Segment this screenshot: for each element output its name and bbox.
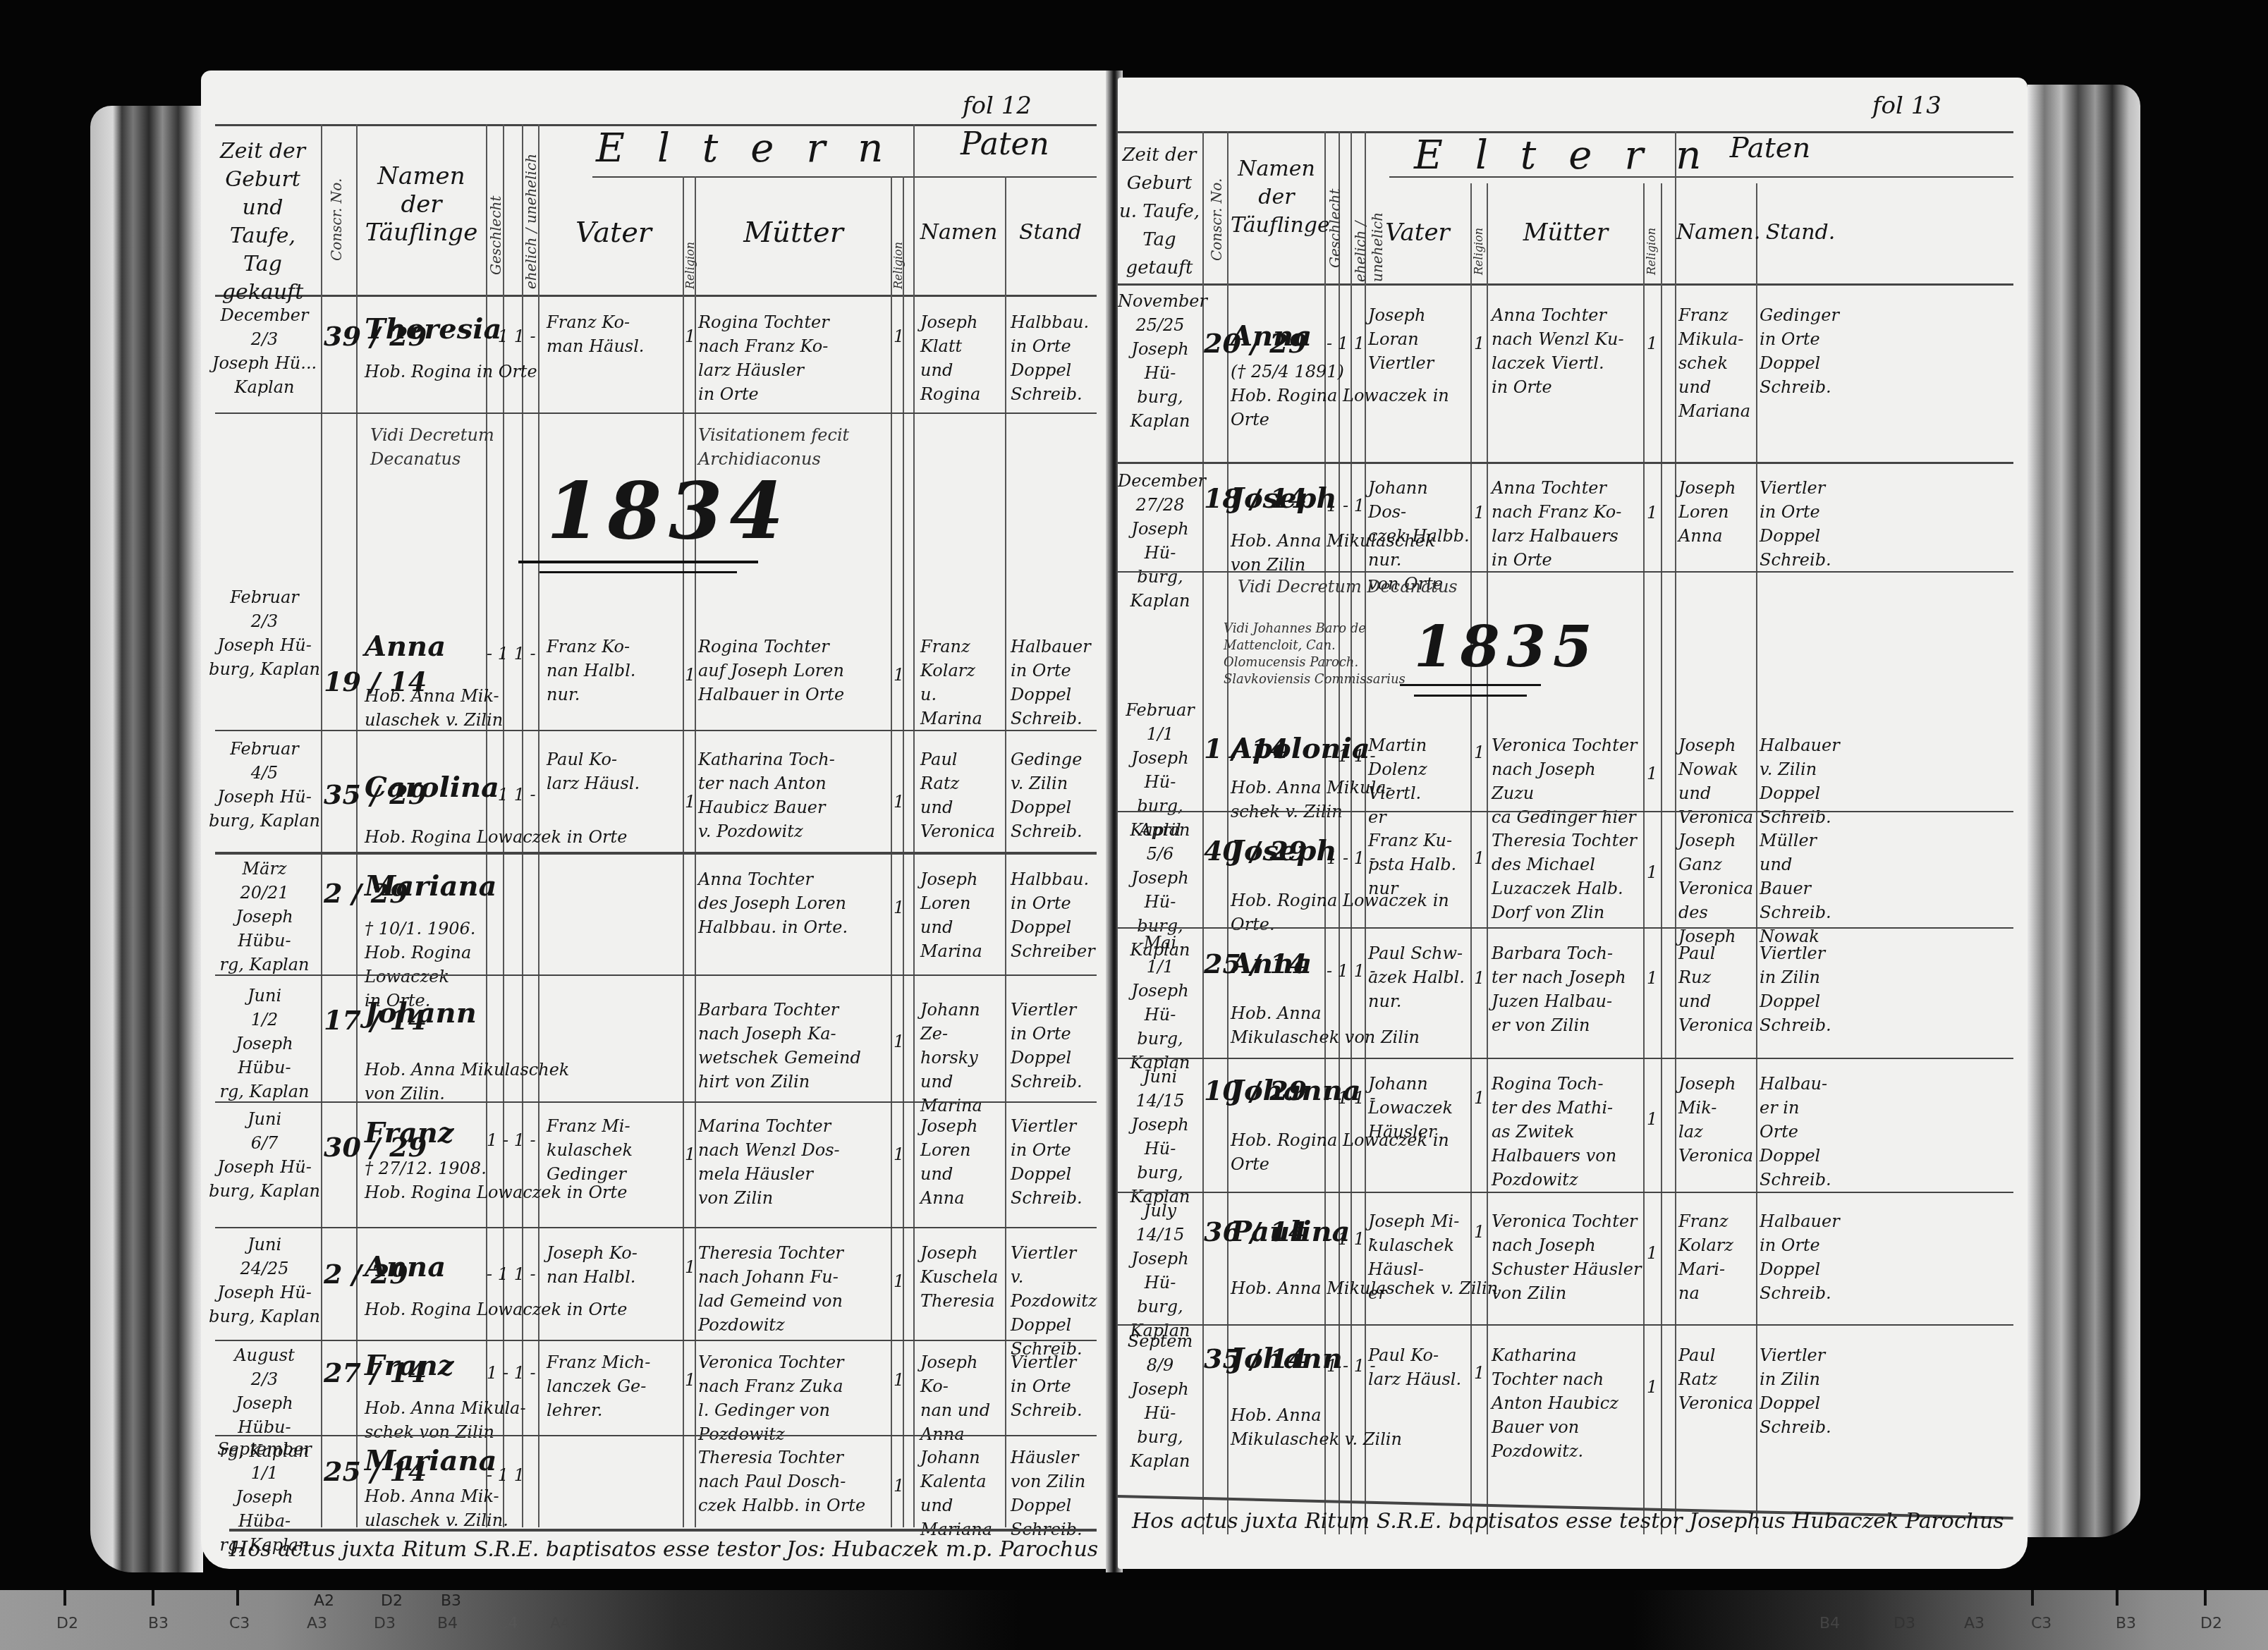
entry-godparent-stand: Gedinge v. Zilin Doppel Schreib.	[1011, 747, 1095, 843]
entry-date: Septem 8/9 Joseph Hü- burg, Kaplan	[1118, 1329, 1202, 1473]
entry-father-religion: 1	[685, 790, 695, 814]
entry-godparents: Joseph Ganz Veronica des Joseph	[1678, 829, 1756, 948]
eltern-subrule	[592, 176, 1097, 178]
header-father-religion: Religion	[683, 183, 697, 289]
col-line	[1661, 183, 1662, 1534]
entry-date: December 27/28 Joseph Hü- burg, Kaplan	[1118, 469, 1202, 613]
entry-godparent-stand: Viertler in Orte Doppel Schreib.	[1011, 998, 1095, 1094]
entry-midwife: Hob. Anna Mikulaschek v. Zilin	[1231, 1403, 1513, 1451]
entry-father: Franz Ko- man Häusl.	[547, 310, 681, 358]
entry-marks: - 1 1 -	[487, 1262, 536, 1286]
entry-date: Mai 1/1 Joseph Hü- burg, Kaplan	[1118, 931, 1202, 1075]
entry-mother: Theresia Tochter des Michael Luzaczek Ha…	[1492, 829, 1643, 924]
entry-child-name: Mariana	[365, 874, 496, 898]
scale-label: A2	[314, 1592, 334, 1610]
row-rule	[215, 1340, 1097, 1341]
entry-mother: Theresia Tochter nach Johann Fu- lad Gem…	[698, 1241, 892, 1337]
year-underline	[1400, 684, 1541, 686]
entry-child-name: Joseph	[1231, 839, 1337, 863]
row-rule	[1118, 811, 2013, 812]
entry-godparents: Johann Kalenta und Mariana	[920, 1446, 1005, 1541]
entry-date: July 14/15 Joseph Hü- burg, Kaplan	[1118, 1199, 1202, 1343]
scale-tick	[63, 1590, 66, 1606]
entry-child-name: Franz	[365, 1354, 453, 1378]
row-rule	[215, 1227, 1097, 1228]
closing-rule	[229, 1529, 1097, 1532]
entry-godparent-stand: Viertler in Orte Schreib.	[1011, 1350, 1095, 1422]
entry-mother-religion: 1	[1647, 1107, 1657, 1131]
entry-godparents: Joseph Loren Anna	[1678, 476, 1756, 548]
entry-mother: Veronica Tochter nach Joseph Schuster Hä…	[1492, 1209, 1643, 1305]
entry-father-religion: 1	[1474, 846, 1484, 870]
entry-date: Juni 24/25 Joseph Hü- burg, Kaplan	[208, 1233, 321, 1328]
visitation-note: Visitationem fecit Archidiaconus	[698, 423, 910, 471]
entry-father: Joseph Ko- nan Halbl.	[547, 1241, 681, 1289]
scale-label: B3	[148, 1615, 169, 1632]
entry-godparent-stand: Halbbau. in Orte Doppel Schreiber	[1011, 867, 1095, 963]
entry-mother-religion: 1	[1647, 1375, 1657, 1399]
entry-godparents: Johann Ze- horsky und Marina	[920, 998, 1005, 1118]
entry-father-religion: 1	[685, 1142, 695, 1166]
entry-father-religion: 1	[1474, 1086, 1484, 1110]
entry-mother: Barbara Toch- ter nach Joseph Juzen Halb…	[1492, 941, 1643, 1037]
entry-midwife: Hob. Rogina Lowaczek in Orte	[365, 825, 633, 849]
entry-godparents: Franz Kolarz u. Marina	[920, 635, 1005, 731]
entry-child-name: Anna	[1231, 324, 1312, 348]
scale-tick	[152, 1590, 154, 1606]
entry-mother: Anna Tochter nach Wenzl Ku- laczek Viert…	[1492, 303, 1643, 399]
entry-mother: Marina Tochter nach Wenzl Dos- mela Häus…	[698, 1114, 892, 1210]
row-rule	[215, 852, 1097, 855]
scale-label: B3	[2116, 1615, 2136, 1632]
entry-mother-religion: 1	[1647, 860, 1657, 884]
entry-midwife: Hob. Anna Mikulaschek von Zilin.	[365, 1058, 633, 1106]
entry-godparent-stand: Halbau- er in Orte Doppel Schreib.	[1760, 1072, 1844, 1192]
entry-father: Johann Lowaczek Häusler	[1368, 1072, 1470, 1144]
scale-label: A3	[1964, 1615, 1984, 1632]
calibration-strip	[0, 1590, 2268, 1650]
row-rule	[1118, 927, 2013, 929]
entry-father-religion: 1	[685, 324, 695, 348]
entry-child-name: Franz	[365, 1121, 453, 1145]
entry-godparent-stand: Halbauer v. Zilin Doppel Schreib.	[1760, 733, 1844, 829]
entry-date: November 25/25 Joseph Hü- burg, Kaplan	[1118, 289, 1202, 433]
entry-father: Franz Mi- kulaschek Gedinger	[547, 1114, 681, 1186]
header-mother-religion: Religion	[891, 183, 905, 289]
visitation-note: Vidi Decretum Decanatus	[1238, 575, 1463, 599]
header-paten: Paten	[917, 130, 1093, 159]
header-bottom-rule	[215, 295, 1097, 297]
header-name: Namen der Täuflinge	[360, 162, 483, 247]
header-mother-religion: Religion	[1645, 183, 1658, 275]
entry-mother: Anna Tochter des Joseph Loren Halbbau. i…	[698, 867, 892, 939]
entry-godparent-stand: Viertler in Orte Doppel Schreib.	[1760, 476, 1844, 572]
col-line	[1487, 183, 1488, 1534]
entry-mother-religion: 1	[894, 324, 904, 348]
entry-father-religion: 1	[685, 663, 695, 687]
entry-godparent-stand: Gedinger in Orte Doppel Schreib.	[1760, 303, 1844, 399]
scale-label: D2	[56, 1615, 78, 1632]
entry-godparent-stand: Müller und Bauer Schreib. Nowak	[1760, 829, 1844, 948]
entry-date: Februar 4/5 Joseph Hü- burg, Kaplan	[208, 737, 321, 833]
entry-child-name: Johann	[365, 1001, 477, 1025]
entry-godparents: Paul Ratz und Veronica	[920, 747, 1005, 843]
header-father: Vater	[547, 219, 681, 247]
col-line	[913, 124, 915, 1527]
entry-mother-religion: 1	[1647, 966, 1657, 990]
header-house-number: Conscr. No.	[1208, 155, 1225, 261]
entry-father: Paul Schw- azek Halbl. nur.	[1368, 941, 1470, 1013]
header-mother: Mütter	[698, 219, 889, 247]
col-line	[1643, 183, 1645, 1534]
entry-marks: - 1 1 -	[487, 642, 536, 666]
entry-mother: Rogina Tochter nach Franz Ko- larz Häusl…	[698, 310, 892, 406]
commissary-note: Vidi Johannes Baro de Mattencloit, Can. …	[1224, 621, 1414, 688]
year-marker: 1834	[547, 465, 791, 556]
entry-mother-religion: 1	[894, 1269, 904, 1293]
entry-mother-religion: 1	[894, 1142, 904, 1166]
scale-label: D3	[1894, 1615, 1915, 1632]
entry-father: Franz Mich- lanczek Ge- lehrer.	[547, 1350, 681, 1422]
entry-godparents: Joseph Klatt und Rogina	[920, 310, 1005, 406]
entry-mother: Theresia Tochter nach Paul Dosch- czek H…	[698, 1446, 892, 1517]
entry-marks: 1 - 1	[1327, 494, 1365, 518]
entry-child-name: Carolina	[365, 776, 499, 800]
header-mother: Mütter	[1492, 219, 1640, 247]
entry-midwife: Hob. Anna Mik- ulaschek v. Zilin	[365, 684, 541, 732]
entry-date: Februar 2/3 Joseph Hü- burg, Kaplan	[208, 585, 321, 681]
folio-number: fol 12	[963, 92, 1032, 120]
row-rule	[215, 1101, 1097, 1103]
entry-child-name: Johann	[1231, 1347, 1343, 1371]
col-line	[1756, 183, 1757, 1534]
entry-date: März 20/21 Joseph Hübu- rg, Kaplan	[208, 857, 321, 977]
header-godparent-stand: Stand	[1006, 219, 1095, 247]
entry-date: Juni 6/7 Joseph Hü- burg, Kaplan	[208, 1107, 321, 1203]
scale-label: C3	[2031, 1615, 2051, 1632]
entry-father-religion: 1	[685, 1368, 695, 1392]
entry-father: Franz Ku- psta Halb. nur	[1368, 829, 1470, 900]
entry-godparents: Joseph Loren und Anna	[920, 1114, 1005, 1210]
entry-godparent-stand: Viertler in Orte Doppel Schreib.	[1011, 1114, 1095, 1210]
header-sex: Geschlecht	[487, 134, 504, 275]
entry-midwife: Hob. Rogina Lowaczek in Orte	[365, 1297, 633, 1321]
header-date: Zeit der Geburt u. Taufe, Tag getauft	[1118, 141, 1201, 282]
row-rule	[215, 730, 1097, 731]
left-page: fol 12 Zeit der Geburt und Taufe, Tag ge…	[201, 71, 1111, 1569]
scale-label: B3	[441, 1592, 461, 1610]
entry-godparents: Joseph Nowak und Veronica	[1678, 733, 1756, 829]
entry-godparents: Joseph Ko- nan und Anna	[920, 1350, 1005, 1446]
entry-mother-religion: 1	[1647, 1241, 1657, 1265]
entry-father-religion: 1	[1474, 501, 1484, 525]
entry-date: December 2/3 Joseph Hü... Kaplan	[208, 303, 321, 399]
entry-mother-religion: 1	[894, 663, 904, 687]
entry-child-name: Joseph	[1231, 487, 1337, 511]
row-rule	[1118, 571, 2013, 573]
scale-label: D2	[2200, 1615, 2222, 1632]
entry-godparent-stand: Häusler von Zilin Doppel Schreib.	[1011, 1446, 1095, 1541]
header-father: Vater	[1368, 219, 1467, 247]
entry-godparents: Paul Ratz Veronica	[1678, 1343, 1756, 1415]
entry-mother-religion: 1	[1647, 501, 1657, 525]
entry-godparent-stand: Viertler v. Pozdowitz Doppel Schreib.	[1011, 1241, 1095, 1361]
header-bottom-rule	[1118, 283, 2013, 286]
entry-father: Paul Ko- larz Häusl.	[547, 747, 681, 795]
entry-mother: Katharina Tochter nach Anton Haubicz Bau…	[1492, 1343, 1643, 1463]
row-rule	[1118, 462, 2013, 464]
header-eltern: Eltern	[596, 126, 915, 171]
header-name: Namen der Täuflinge	[1231, 155, 1322, 240]
entry-father: Joseph Mi- kulaschek Häusl- er	[1368, 1209, 1470, 1305]
entry-child-name: Mariana	[365, 1449, 496, 1473]
header-godparent-name: Namen	[915, 219, 1003, 247]
right-page: fol 13 Zeit der Geburt u. Taufe, Tag get…	[1118, 78, 2028, 1569]
header-paten: Paten	[1678, 134, 1862, 162]
header-legitimacy: ehelich / unehelich	[523, 148, 539, 289]
scale-label: C4	[497, 1615, 518, 1632]
entry-mother-religion: 1	[1647, 762, 1657, 786]
year-underline	[539, 571, 737, 573]
entry-mother-religion: 1	[894, 1368, 904, 1392]
book-left-edge	[90, 106, 203, 1572]
header-sex: Geschlecht	[1327, 141, 1343, 268]
header-godparent-stand: Stand.	[1758, 219, 1843, 247]
entry-godparent-stand: Viertler in Zilin Doppel Schreib.	[1760, 1343, 1844, 1439]
header-father-religion: Religion	[1472, 183, 1485, 275]
entry-father-religion: 1	[1474, 740, 1484, 764]
entry-godparent-stand: Viertler in Zilin Doppel Schreib.	[1760, 941, 1844, 1037]
entry-godparents: Joseph Loren und Marina	[920, 867, 1005, 963]
entry-child-name: Anna	[365, 635, 446, 659]
visitation-note: Vidi Decretum Decanatus	[370, 423, 582, 471]
entry-mother: Veronica Tochter nach Joseph Zuzu ca Ged…	[1492, 733, 1643, 829]
entry-godparents: Joseph Kuschela Theresia	[920, 1241, 1005, 1313]
row-rule	[215, 1435, 1097, 1436]
row-rule	[215, 974, 1097, 976]
entry-marks: - 1 1 -	[487, 783, 536, 807]
book-right-edge	[2028, 85, 2140, 1537]
entry-father-religion: 1	[1474, 331, 1484, 355]
entry-father-religion: 1	[1474, 1361, 1484, 1385]
entry-child-name: Anna	[1231, 952, 1312, 976]
entry-child-name: Theresia	[365, 317, 501, 341]
row-rule	[1118, 1192, 2013, 1193]
entry-mother-religion: 1	[894, 1474, 904, 1498]
scale-label: D2	[381, 1592, 403, 1610]
year-underline	[518, 561, 758, 563]
scale-tick	[2031, 1590, 2034, 1606]
entry-father-religion: 1	[685, 1255, 695, 1279]
header-house-number: Conscr. No.	[328, 155, 345, 261]
scale-label: D3	[374, 1615, 396, 1632]
scale-tick	[2116, 1590, 2118, 1606]
entry-mother-religion: 1	[894, 1029, 904, 1053]
scale-label: A3	[307, 1615, 327, 1632]
entry-midwife: Hob. Anna Mik- ulaschek v. Zilin.	[365, 1484, 541, 1532]
entry-father-religion: 1	[1474, 1220, 1484, 1244]
entry-godparent-stand: Halbauer in Orte Doppel Schreib.	[1760, 1209, 1844, 1305]
entry-date: Juni 1/2 Joseph Hübu- rg, Kaplan	[208, 984, 321, 1104]
entry-mother: Barbara Tochter nach Joseph Ka- wetschek…	[698, 998, 892, 1094]
header-godparent-name: Namen.	[1676, 219, 1754, 247]
attestation-footer: Hos actus juxta Ritum S.R.E. baptisatos …	[229, 1537, 1098, 1562]
entry-godparents: Franz Kolarz Mari- na	[1678, 1209, 1756, 1305]
entry-mother: Rogina Toch- ter des Mathi- as Zwitek Ha…	[1492, 1072, 1643, 1192]
entry-child-name: Anna	[365, 1255, 446, 1279]
scale-tick	[2204, 1590, 2207, 1606]
year-marker: 1835	[1414, 613, 1599, 680]
scale-label: B4	[1819, 1615, 1840, 1632]
row-rule	[1118, 1058, 2013, 1059]
scale-tick	[236, 1590, 239, 1606]
entry-mother: Katharina Toch- ter nach Anton Haubicz B…	[698, 747, 892, 843]
col-line	[321, 124, 322, 1527]
row-rule	[1118, 1324, 2013, 1326]
entry-marks: 1 - 1 -	[487, 1128, 536, 1152]
entry-mother-religion: 1	[894, 790, 904, 814]
entry-father: Paul Ko- larz Häusl.	[1368, 1343, 1470, 1391]
attestation-footer: Hos actus juxta Ritum S.R.E. baptisatos …	[1132, 1509, 2004, 1534]
scale-label: B4	[437, 1615, 458, 1632]
entry-father: Joseph Loran Viertler	[1368, 303, 1470, 375]
entry-mother: Rogina Tochter auf Joseph Loren Halbauer…	[698, 635, 892, 707]
entry-marks: - 1 1	[487, 1463, 525, 1487]
year-underline	[1414, 695, 1527, 697]
entry-godparent-stand: Halbauer in Orte Doppel Schreib.	[1011, 635, 1095, 731]
scale-label: C3	[229, 1615, 250, 1632]
header-date: Zeit der Geburt und Taufe, Tag gekauft	[208, 137, 317, 307]
entry-mother: Veronica Tochter nach Franz Zuka l. Gedi…	[698, 1350, 892, 1446]
entry-marks: 1 - 1 -	[487, 1361, 536, 1385]
entry-father: Franz Ko- nan Halbl. nur.	[547, 635, 681, 707]
entry-date: Juni 14/15 Joseph Hü- burg, Kaplan	[1118, 1065, 1202, 1209]
entry-mother-religion: 1	[894, 896, 904, 919]
entry-godparent-stand: Halbbau. in Orte Doppel Schreib.	[1011, 310, 1095, 406]
entry-mother: Anna Tochter nach Franz Ko- larz Halbaue…	[1492, 476, 1643, 572]
folio-number: fol 13	[1872, 92, 1941, 120]
col-line	[1470, 183, 1472, 1534]
entry-marks: - 1 1 -	[487, 324, 536, 348]
entry-godparents: Paul Ruz und Veronica	[1678, 941, 1756, 1037]
entry-midwife: Hob. Rogina in Orte	[365, 360, 633, 384]
entry-godparents: Franz Mikula- schek und Mariana	[1678, 303, 1756, 423]
entry-father-religion: 1	[1474, 966, 1484, 990]
scale-label: A4	[550, 1615, 571, 1632]
entry-father: Martin Dolenz Viertl. er	[1368, 733, 1470, 829]
row-rule	[215, 412, 1097, 414]
entry-mother-religion: 1	[1647, 331, 1657, 355]
entry-godparents: Joseph Mik- laz Veronica	[1678, 1072, 1756, 1168]
